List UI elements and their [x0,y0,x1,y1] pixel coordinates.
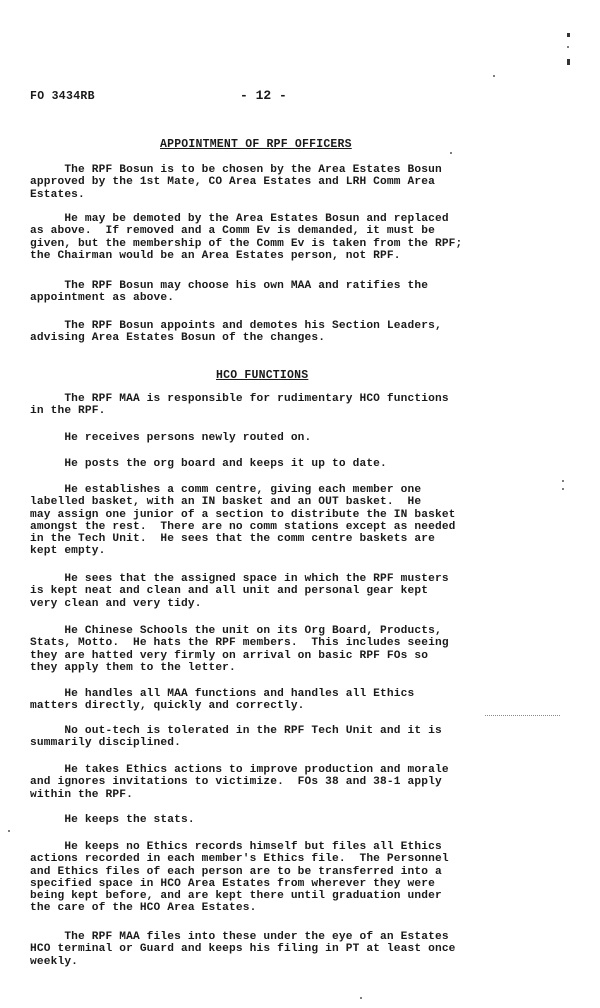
scan-mark [567,33,570,37]
paragraph: He may be demoted by the Area Estates Bo… [30,213,510,262]
text-line: The RPF Bosun may choose his own MAA and… [30,280,510,292]
text-line: labelled basket, with an IN basket and a… [30,496,510,508]
paragraph: No out-tech is tolerated in the RPF Tech… [30,725,510,750]
text-line: as above. If removed and a Comm Ev is de… [30,225,510,237]
paragraph: The RPF Bosun appoints and demotes his S… [30,320,510,345]
text-line: He handles all MAA functions and handles… [30,688,510,700]
scan-speck [450,152,452,154]
text-line: being kept before, and are kept there un… [30,890,510,902]
text-line: kept empty. [30,545,510,557]
text-line: in the RPF. [30,405,510,417]
document-reference: FO 3434RB [30,90,95,103]
text-line: the care of the HCO Area Estates. [30,902,510,914]
paragraph: He keeps the stats. [30,814,510,826]
paragraph: He handles all MAA functions and handles… [30,688,510,713]
paragraph: He establishes a comm centre, giving eac… [30,484,510,558]
text-line: matters directly, quickly and correctly. [30,700,510,712]
text-line: He establishes a comm centre, giving eac… [30,484,510,496]
paragraph: He sees that the assigned space in which… [30,573,510,610]
scan-speck [562,488,564,490]
text-line: Stats, Motto. He hats the RPF members. T… [30,637,510,649]
text-line: is kept neat and clean and all unit and … [30,585,510,597]
page-number: - 12 - [240,88,287,103]
paragraph: He takes Ethics actions to improve produ… [30,764,510,801]
text-line: and Ethics files of each person are to b… [30,866,510,878]
scan-speck [360,997,362,999]
text-line: The RPF MAA files into these under the e… [30,931,510,943]
text-line: given, but the membership of the Comm Ev… [30,238,510,250]
text-line: The RPF Bosun appoints and demotes his S… [30,320,510,332]
text-line: He Chinese Schools the unit on its Org B… [30,625,510,637]
text-line: appointment as above. [30,292,510,304]
paragraph: He Chinese Schools the unit on its Org B… [30,625,510,674]
scan-speck [8,830,10,832]
text-line: The RPF Bosun is to be chosen by the Are… [30,164,510,176]
paragraph: The RPF Bosun is to be chosen by the Are… [30,164,510,201]
text-line: approved by the 1st Mate, CO Area Estate… [30,176,510,188]
scan-artifact-line [485,715,560,717]
scan-mark [567,59,570,65]
text-line: and ignores invitations to victimize. FO… [30,776,510,788]
text-line: He receives persons newly routed on. [30,432,510,444]
scan-speck [567,46,569,48]
text-line: they are hatted very firmly on arrival o… [30,650,510,662]
text-line: in the Tech Unit. He sees that the comm … [30,533,510,545]
paragraph: The RPF MAA files into these under the e… [30,931,510,968]
text-line: He may be demoted by the Area Estates Bo… [30,213,510,225]
text-line: weekly. [30,956,510,968]
text-line: No out-tech is tolerated in the RPF Tech… [30,725,510,737]
text-line: Estates. [30,189,510,201]
text-line: He keeps the stats. [30,814,510,826]
paragraph: He receives persons newly routed on. [30,432,510,444]
section-heading-appointment: APPOINTMENT OF RPF OFFICERS [160,138,352,151]
text-line: the Chairman would be an Area Estates pe… [30,250,510,262]
text-line: very clean and very tidy. [30,598,510,610]
text-line: specified space in HCO Area Estates from… [30,878,510,890]
text-line: they apply them to the letter. [30,662,510,674]
section-heading-hco-functions: HCO FUNCTIONS [216,369,308,382]
document-page: FO 3434RB - 12 - APPOINTMENT OF RPF OFFI… [0,0,600,1008]
text-line: HCO terminal or Guard and keeps his fili… [30,943,510,955]
text-line: The RPF MAA is responsible for rudimenta… [30,393,510,405]
scan-speck [493,75,495,77]
paragraph: He posts the org board and keeps it up t… [30,458,510,470]
paragraph: The RPF Bosun may choose his own MAA and… [30,280,510,305]
scan-speck [562,480,564,482]
text-line: summarily disciplined. [30,737,510,749]
text-line: He takes Ethics actions to improve produ… [30,764,510,776]
text-line: within the RPF. [30,789,510,801]
text-line: actions recorded in each member's Ethics… [30,853,510,865]
text-line: may assign one junior of a section to di… [30,509,510,521]
text-line: amongst the rest. There are no comm stat… [30,521,510,533]
paragraph: The RPF MAA is responsible for rudimenta… [30,393,510,418]
text-line: advising Area Estates Bosun of the chang… [30,332,510,344]
text-line: He posts the org board and keeps it up t… [30,458,510,470]
text-line: He keeps no Ethics records himself but f… [30,841,510,853]
text-line: He sees that the assigned space in which… [30,573,510,585]
paragraph: He keeps no Ethics records himself but f… [30,841,510,915]
